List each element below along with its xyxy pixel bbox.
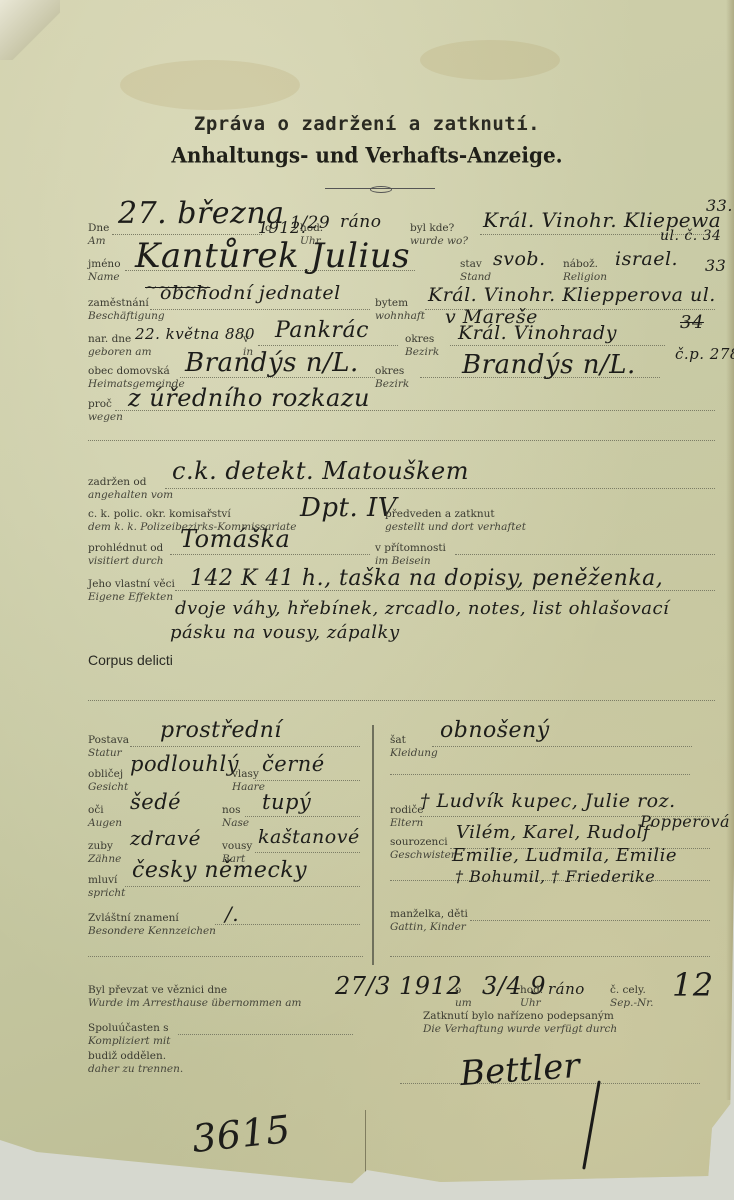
label-teeth: zubyZähne — [88, 840, 121, 866]
line-section-end-left — [88, 956, 363, 957]
value-district-2: Brandýs n/L. — [462, 350, 636, 380]
label-siblings: sourozenciGeschwister — [390, 836, 456, 862]
line-date — [112, 234, 262, 235]
line-section-end-right — [390, 956, 710, 957]
value-speaks: česky německy — [132, 858, 307, 883]
title-german: Anhaltungs- und Verhafts-Anzeige. — [0, 142, 734, 167]
label-clothing: šatKleidung — [390, 734, 438, 760]
line-stature — [130, 746, 360, 747]
line-clothing — [432, 746, 692, 747]
line-beard — [255, 852, 360, 853]
line-nose — [245, 816, 360, 817]
line-blank — [88, 440, 715, 441]
label-where: byl kde?wurde wo? — [410, 222, 468, 248]
value-name: Kantůrek Julius — [135, 236, 410, 276]
value-teeth: zdravé — [130, 826, 201, 850]
value-effects-line-2: dvoje váhy, hřebínek, zrcadlo, notes, li… — [175, 598, 669, 619]
note-where-1: 33. — [706, 196, 733, 215]
label-reason: pročwegen — [88, 398, 123, 424]
column-divider — [372, 725, 374, 965]
label-parents: rodičeEltern — [390, 804, 424, 830]
value-hour: 1/29 — [290, 213, 330, 233]
label-cell: č. cely.Sep.-Nr. — [610, 984, 653, 1010]
paper-stain — [420, 40, 560, 80]
label-eyes: očiAugen — [88, 804, 122, 830]
label-footer-hour: oum — [455, 984, 472, 1010]
paper-crease — [365, 1110, 366, 1195]
label-effects: Jeho vlastní věciEigene Effekten — [88, 578, 175, 604]
value-beard: kaštanové — [258, 826, 360, 848]
value-status: svob. — [493, 248, 546, 270]
note-religion: 33 — [705, 256, 726, 275]
value-religion: israel. — [615, 248, 678, 270]
value-birth-date: 22. května 880 — [135, 325, 255, 343]
signature: Bettler — [459, 1046, 581, 1094]
value-held-by: c.k. detekt. Matouškem — [172, 457, 469, 485]
label-stature: PostavaStatur — [88, 734, 129, 760]
label-taken-over: Byl převzat ve věznici dneWurde im Arres… — [88, 984, 302, 1010]
line-hair — [255, 780, 360, 781]
label-held-by: zadržen odangehalten vom — [88, 476, 173, 502]
value-siblings: Vilém, Karel, Rudolf — [456, 822, 650, 843]
section-corpus-delicti: Corpus delicti — [88, 652, 173, 668]
value-parents-2: Popperová — [640, 812, 730, 831]
line-spouse — [470, 920, 710, 921]
note-residence: 34 — [680, 312, 704, 333]
label-footer-hod: hod.Uhr — [520, 984, 543, 1010]
document-page: Zpráva o zadržení a zatknutí. Anhaltungs… — [0, 0, 734, 1200]
paper-stain — [120, 60, 300, 110]
signature-flourish — [582, 1080, 601, 1169]
value-siblings-3: † Bohumil, † Friederike — [455, 867, 655, 886]
line-occupation — [150, 309, 370, 310]
value-hair: černé — [262, 752, 325, 776]
label-district-1: okresBezirk — [405, 333, 439, 359]
title-ornament — [325, 188, 435, 189]
label-marks: Zvláštní znameníBesondere Kennzeichen — [88, 912, 216, 938]
label-presence: v přítomnostiim Beisein — [375, 542, 446, 568]
label-date: DneAm — [88, 222, 109, 248]
folded-corner — [0, 0, 60, 60]
line-district-1 — [450, 345, 665, 346]
label-nose: nosNase — [222, 804, 249, 830]
label-speaks: mluvíspricht — [88, 874, 125, 900]
value-parents: † Ludvík kupec, Julie roz. — [420, 790, 676, 812]
label-ordered-by: Zatknutí bylo nařízeno podepsanýmDie Ver… — [423, 1010, 617, 1036]
value-marks: /. — [225, 902, 239, 926]
line-searched-by — [170, 554, 370, 555]
line-accomplice — [178, 1034, 353, 1035]
label-religion: nábož.Religion — [563, 258, 607, 284]
title-czech: Zpráva o zadržení a zatknutí. — [0, 113, 734, 135]
label-name: jménoName — [88, 258, 121, 284]
value-hometown: Brandýs n/L. — [185, 348, 359, 378]
line-corpus — [88, 700, 715, 701]
value-reason: z úředního rozkazu — [128, 384, 370, 412]
value-effects-line-1: 142 K 41 h., taška na dopisy, peněženka, — [190, 566, 663, 591]
value-clothing: obnošený — [440, 718, 550, 743]
value-nose: tupý — [262, 790, 311, 814]
value-stature: prostřední — [160, 718, 282, 743]
value-siblings-2: Emilie, Ludmila, Emilie — [452, 845, 677, 866]
label-spouse: manželka, dětiGattin, Kinder — [390, 908, 468, 934]
note-where-2: ul. č. 34 — [660, 228, 721, 244]
value-occupation: obchodní jednatel — [160, 282, 341, 304]
value-eyes: šedé — [130, 790, 181, 814]
value-cell: 12 — [672, 966, 714, 1004]
value-district-1: Král. Vinohrady — [458, 322, 617, 344]
label-brought-arrested: předveden a zatknutgestellt und dort ver… — [385, 508, 526, 534]
value-hour-suffix: ráno — [340, 212, 381, 232]
value-footer-suffix: ráno — [548, 980, 585, 998]
note-house-number: č.p. 278. — [675, 345, 734, 363]
value-taken-over: 27/3 1912 — [335, 972, 462, 1000]
value-effects-line-3: pásku na vousy, zápalky — [170, 622, 400, 643]
label-district-2: okresBezirk — [375, 365, 409, 391]
label-searched-by: prohlédnut odvisitiert durch — [88, 542, 164, 568]
value-searched-by: Tomáška — [180, 525, 290, 553]
label-separate: budiž oddělen.daher zu trennen. — [88, 1050, 183, 1076]
label-face: obličejGesicht — [88, 768, 128, 794]
label-accomplice: Spoluúčasten sKompliziert mit — [88, 1022, 171, 1048]
value-commissariat: Dpt. IV — [300, 493, 397, 523]
file-number: 3615 — [190, 1107, 293, 1161]
label-status: stavStand — [460, 258, 491, 284]
line-presence — [455, 554, 715, 555]
value-face: podlouhlý — [130, 752, 239, 776]
line-speaks — [125, 886, 360, 887]
line-birth-place — [258, 345, 398, 346]
line-held-by — [165, 488, 715, 489]
label-occupation: zaměstnáníBeschäftigung — [88, 297, 165, 323]
line-blank-right — [390, 774, 690, 775]
label-residence: bytemwohnhaft — [375, 297, 425, 323]
value-residence: Král. Vinohr. Kliepperova ul. — [428, 284, 716, 306]
value-birth-place: Pankrác — [275, 318, 369, 343]
label-hair: vlasyHaare — [232, 768, 265, 794]
